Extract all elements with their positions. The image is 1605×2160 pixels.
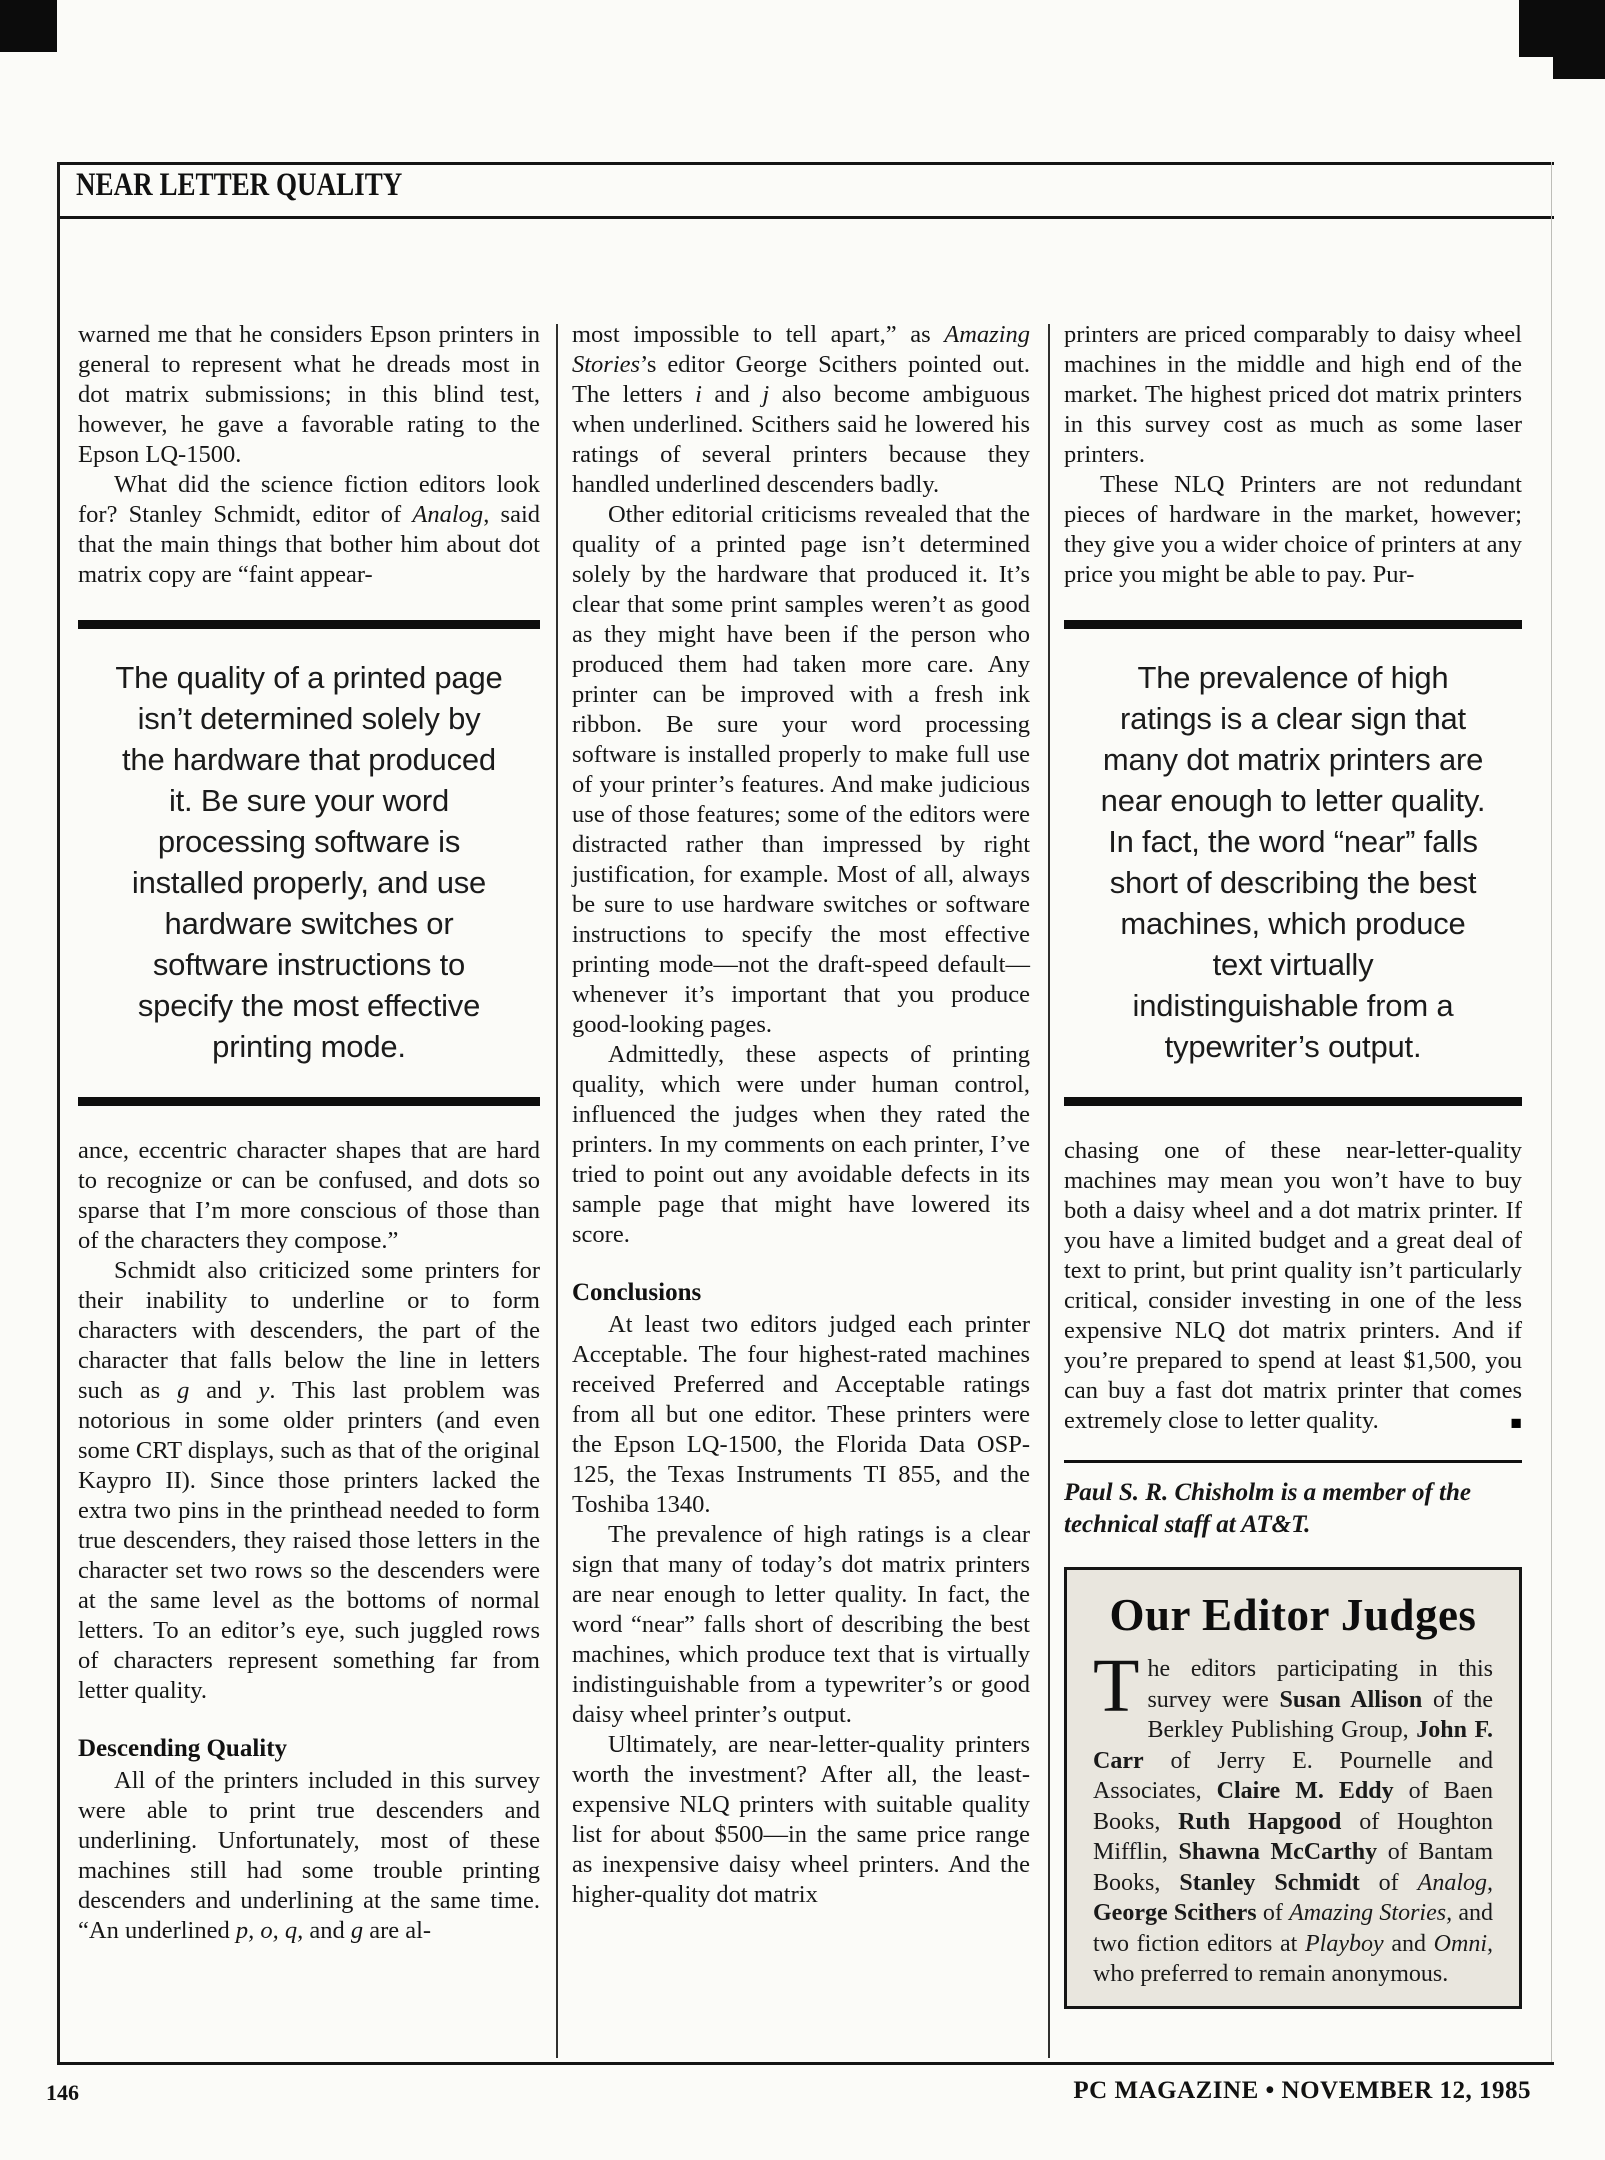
magazine-page: NEAR LETTER QUALITY warned me that he co…	[0, 0, 1605, 2160]
text-segment: p, o, q,	[236, 1917, 303, 1944]
text-segment: and	[303, 1917, 351, 1944]
editor-judges-box: Our Editor JudgesThe editors participati…	[1064, 1567, 1522, 2009]
pullquote-line: near enough to letter quality.	[1064, 780, 1522, 821]
text-segment: i	[695, 381, 702, 408]
footer-rule	[57, 2062, 1554, 2065]
text-segment: Omni,	[1434, 1931, 1493, 1957]
scan-artifact-top-right-step	[1553, 57, 1605, 79]
body-paragraph: All of the printers included in this sur…	[78, 1766, 540, 1946]
text-segment: Admittedly, these aspects of printing qu…	[572, 1041, 1030, 1248]
body-paragraph: At least two editors judged each printer…	[572, 1310, 1030, 1520]
header-bottom-rule	[57, 216, 1554, 219]
text-segment: . This last problem was notorious in som…	[78, 1377, 540, 1704]
header-top-rule	[57, 162, 1554, 165]
text-segment: who preferred to remain anonymous.	[1093, 1961, 1448, 1987]
pullquote-line: indistinguishable from a	[1064, 985, 1522, 1026]
page-left-border	[57, 162, 60, 2065]
text-segment: y	[259, 1377, 270, 1404]
pullquote-line: processing software is	[78, 821, 540, 862]
column-gutter-rule-2	[1048, 324, 1050, 2058]
body-paragraph: Other editorial criticisms revealed that…	[572, 500, 1030, 1040]
text-segment: g	[351, 1917, 363, 1944]
body-paragraph: The prevalence of high ratings is a clea…	[572, 1520, 1030, 1730]
text-segment: and	[1384, 1931, 1434, 1957]
text-segment: and	[702, 381, 762, 408]
text-segment: Analog,	[1418, 1870, 1493, 1896]
page-header-title: NEAR LETTER QUALITY	[76, 167, 402, 204]
body-paragraph: Admittedly, these aspects of printing qu…	[572, 1040, 1030, 1250]
body-paragraph: What did the science fiction editors loo…	[78, 470, 540, 590]
article-column-1: warned me that he considers Epson printe…	[78, 320, 540, 1946]
pullquote-line: typewriter’s output.	[1064, 1026, 1522, 1067]
byline-rule	[1064, 1460, 1522, 1463]
body-paragraph: These NLQ Printers are not redundant pie…	[1064, 470, 1522, 590]
section-heading: Conclusions	[572, 1278, 1030, 1308]
column-gutter-rule-1	[556, 324, 558, 2058]
text-segment: The prevalence of high ratings is a clea…	[572, 1521, 1030, 1728]
body-paragraph: Ultimately, are near-letter-quality prin…	[572, 1730, 1030, 1910]
page-right-border	[1551, 162, 1552, 2065]
text-segment: are al-	[363, 1917, 431, 1944]
body-paragraph: Schmidt also criticized some printers fo…	[78, 1256, 540, 1706]
text-segment: Claire M. Eddy	[1217, 1778, 1394, 1804]
pullquote-line: ratings is a clear sign that	[1064, 698, 1522, 739]
article-column-3: printers are priced comparably to daisy …	[1064, 320, 1522, 2009]
pullquote-line: hardware switches or	[78, 903, 540, 944]
pullquote-line: many dot matrix printers are	[1064, 739, 1522, 780]
body-paragraph: warned me that he considers Epson printe…	[78, 320, 540, 470]
pullquote-line: installed properly, and use	[78, 862, 540, 903]
text-segment: Amazing Stories,	[1289, 1900, 1452, 1926]
judges-box-title: Our Editor Judges	[1093, 1588, 1493, 1642]
pullquote-line: printing mode.	[78, 1026, 540, 1067]
text-segment: At least two editors judged each printer…	[572, 1311, 1030, 1518]
judges-box-body: The editors participating in this survey…	[1093, 1654, 1493, 1990]
text-segment: George Scithers	[1093, 1900, 1257, 1926]
text-segment: ance, eccentric character shapes that ar…	[78, 1137, 540, 1254]
pullquote-line: The quality of a printed page	[78, 657, 540, 698]
article-column-2: most impossible to tell apart,” as Amazi…	[572, 320, 1030, 1910]
text-segment: and	[189, 1377, 258, 1404]
pullquote-line: short of describing the best	[1064, 862, 1522, 903]
text-segment: Stanley Schmidt	[1179, 1870, 1359, 1896]
pullquote-line: The prevalence of high	[1064, 657, 1522, 698]
text-segment: Analog	[412, 501, 483, 528]
page-number: 146	[46, 2080, 79, 2106]
pullquote-line: the hardware that produced	[78, 739, 540, 780]
footer-magazine-date: PC MAGAZINE • NOVEMBER 12, 1985	[1073, 2077, 1531, 2105]
text-segment: These NLQ Printers are not redundant pie…	[1064, 471, 1522, 588]
author-byline: Paul S. R. Chisholm is a member of the t…	[1064, 1477, 1522, 1541]
text-segment: of	[1257, 1900, 1290, 1926]
pullquote-line: software instructions to	[78, 944, 540, 985]
text-segment: of	[1360, 1870, 1418, 1896]
pullquote-line: isn’t determined solely by	[78, 698, 540, 739]
pullquote-line: machines, which produce	[1064, 903, 1522, 944]
text-segment: Ultimately, are near-letter-quality prin…	[572, 1731, 1030, 1908]
text-segment: g	[177, 1377, 189, 1404]
text-segment: Shawna McCarthy	[1179, 1839, 1378, 1865]
scan-artifact-top-left	[0, 0, 57, 52]
text-segment: printers are priced comparably to daisy …	[1064, 321, 1522, 468]
text-segment: warned me that he considers Epson printe…	[78, 321, 540, 468]
text-segment: Susan Allison	[1279, 1687, 1422, 1713]
pull-quote: The prevalence of highratings is a clear…	[1064, 620, 1522, 1106]
body-paragraph: printers are priced comparably to daisy …	[1064, 320, 1522, 470]
pull-quote: The quality of a printed pageisn’t deter…	[78, 620, 540, 1106]
pullquote-line: text virtually	[1064, 944, 1522, 985]
body-paragraph: chasing one of these near-letter-quality…	[1064, 1136, 1522, 1436]
pullquote-line: specify the most effective	[78, 985, 540, 1026]
pullquote-line: In fact, the word “near” falls	[1064, 821, 1522, 862]
text-segment: chasing one of these near-letter-quality…	[1064, 1137, 1522, 1434]
body-paragraph: ance, eccentric character shapes that ar…	[78, 1136, 540, 1256]
scan-artifact-top-right	[1519, 0, 1605, 57]
drop-cap: T	[1093, 1654, 1147, 1716]
pullquote-line: it. Be sure your word	[78, 780, 540, 821]
end-of-article-mark: ■	[1511, 1414, 1522, 1433]
text-segment: Playboy	[1305, 1931, 1384, 1957]
text-segment: Other editorial criticisms revealed that…	[572, 501, 1030, 1038]
body-paragraph: most impossible to tell apart,” as Amazi…	[572, 320, 1030, 500]
section-heading: Descending Quality	[78, 1734, 540, 1764]
text-segment: most impossible to tell apart,” as	[572, 321, 944, 348]
text-segment: Ruth Hapgood	[1178, 1809, 1341, 1835]
